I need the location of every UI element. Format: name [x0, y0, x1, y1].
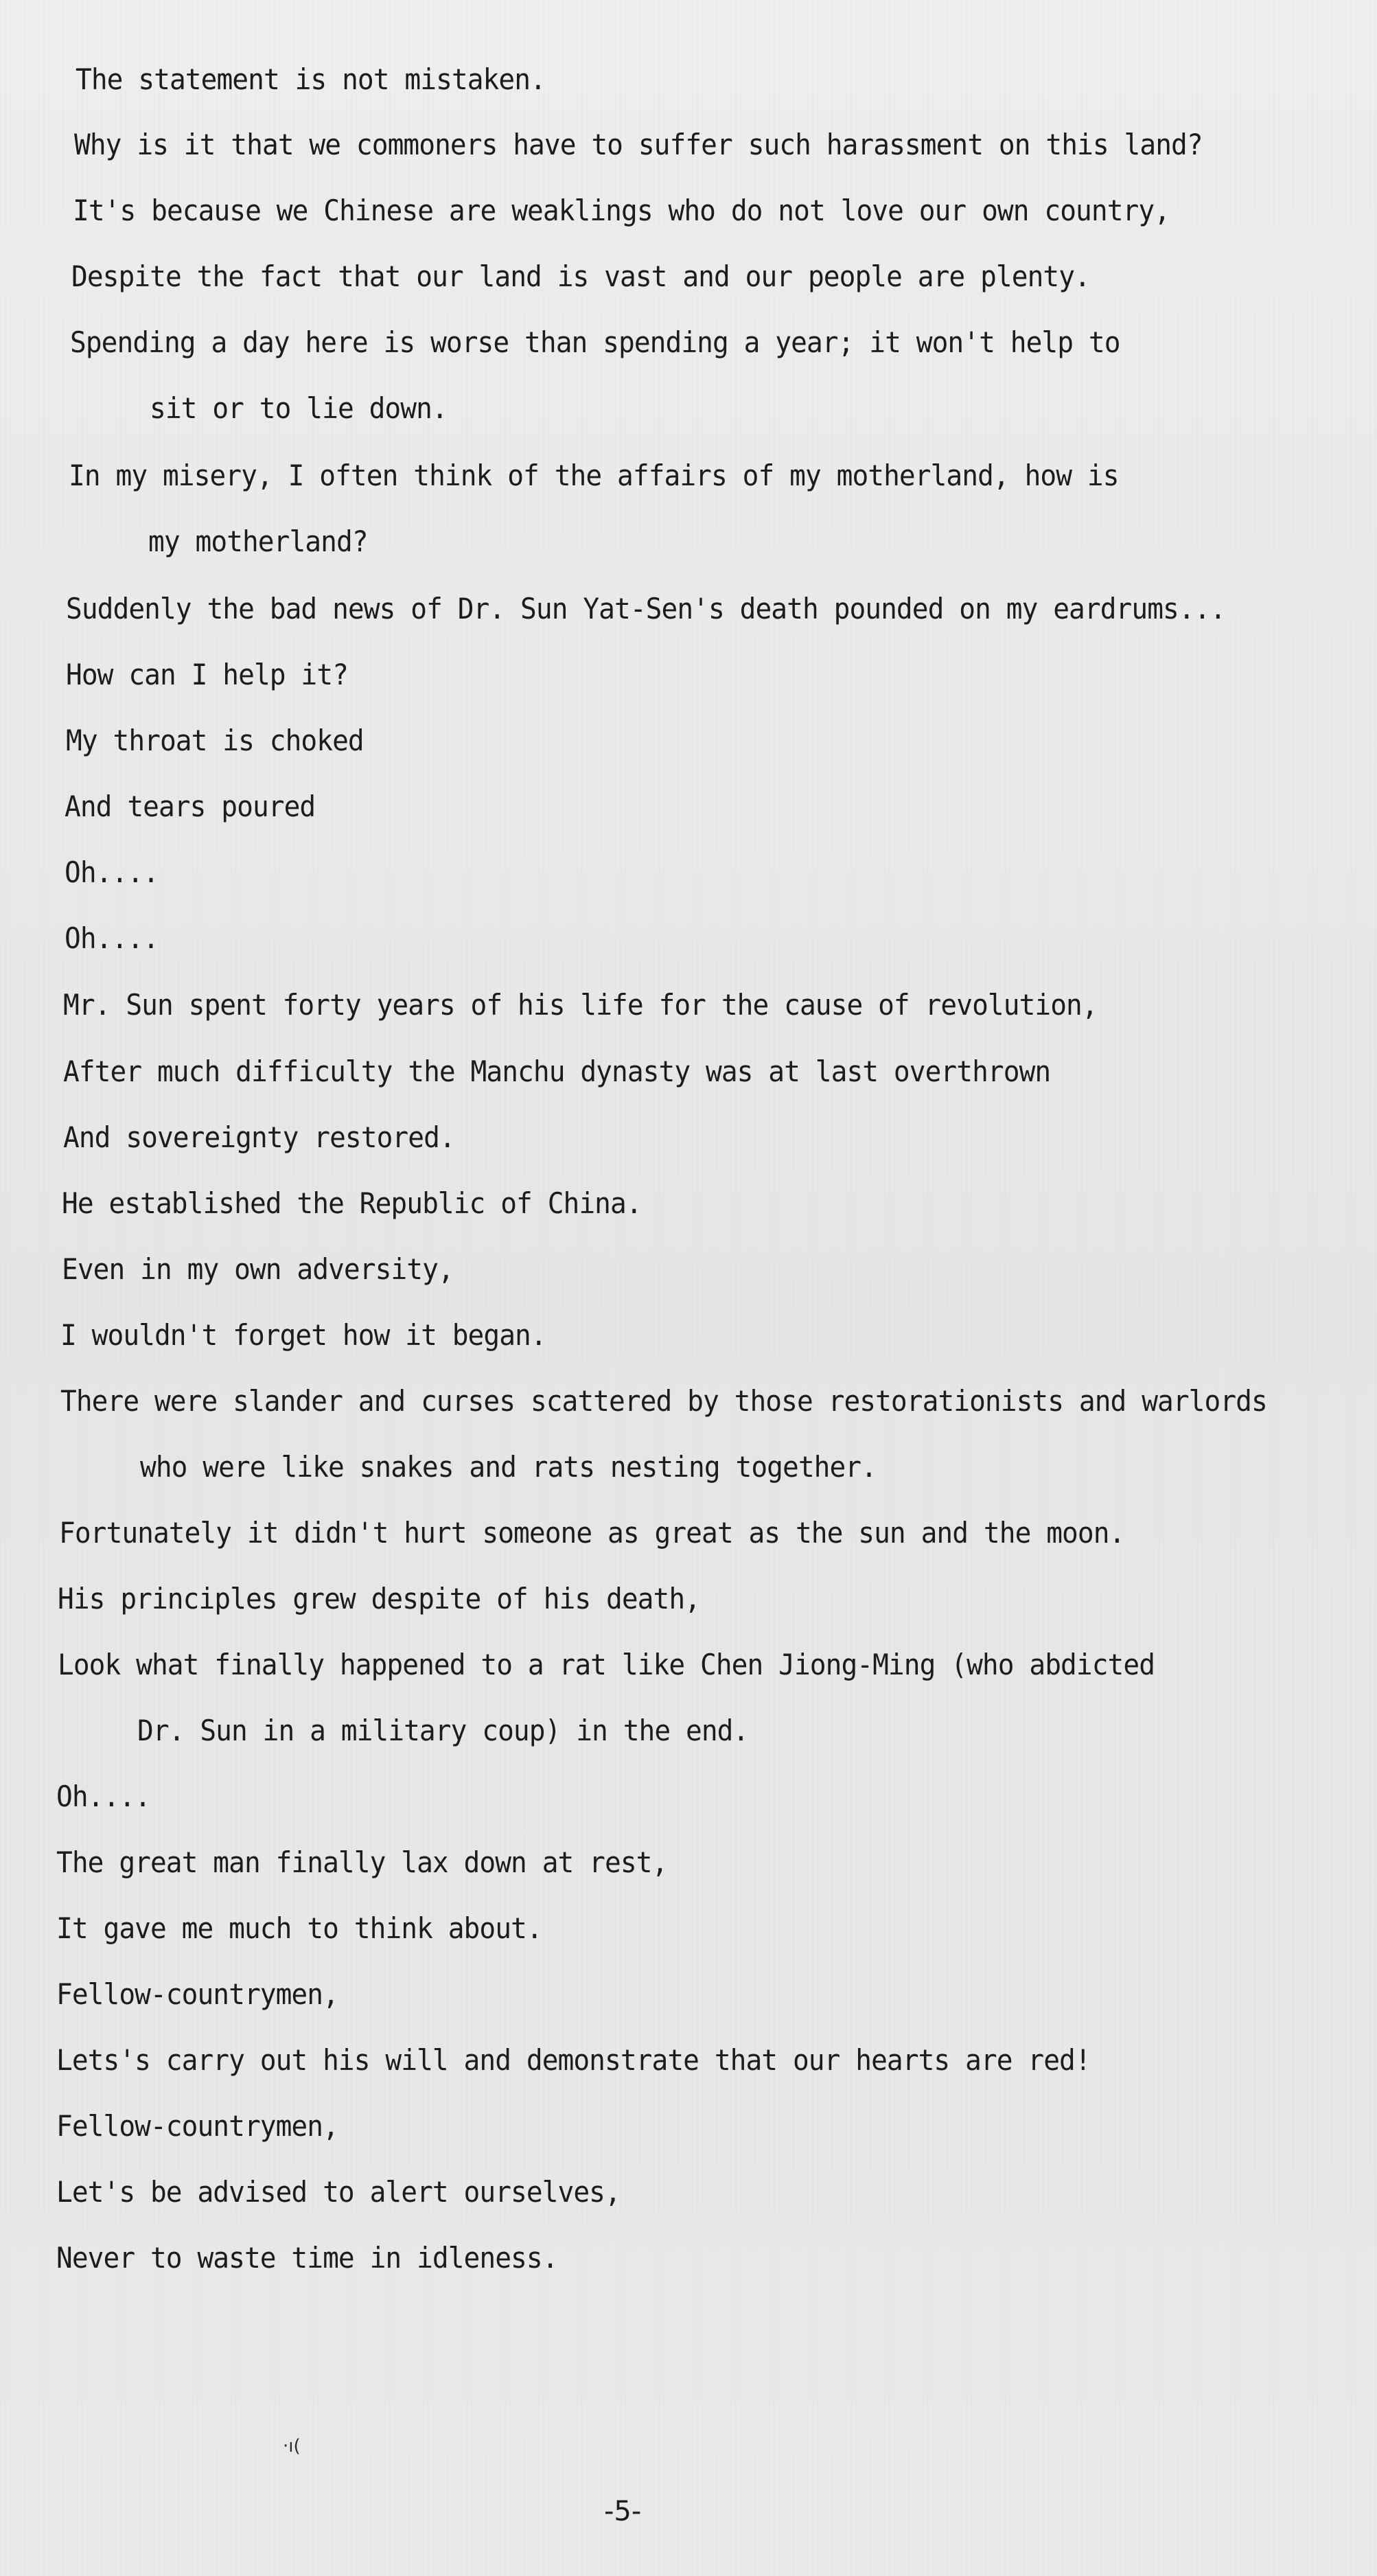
text-line: Fellow-countrymen, [56, 1980, 338, 2009]
text-line: He established the Republic of China. [62, 1189, 642, 1218]
text-line: My throat is choked [66, 726, 364, 755]
text-line: It's because we Chinese are weaklings wh… [73, 196, 1170, 225]
text-line: How can I help it? [66, 660, 348, 689]
text-line: His principles grew despite of his death… [58, 1585, 700, 1613]
text-line: Spending a day here is worse than spendi… [70, 328, 1120, 357]
text-line: I wouldn't forget how it began. [60, 1321, 546, 1350]
text-line: Despite the fact that our land is vast a… [71, 262, 1090, 291]
text-line: Oh.... [56, 1782, 150, 1811]
text-line-continuation: sit or to lie down. [150, 394, 448, 423]
text-line: In my misery, I often think of the affai… [69, 461, 1119, 490]
text-line: After much difficulty the Manchu dynasty… [63, 1057, 1050, 1086]
text-line: Suddenly the bad news of Dr. Sun Yat-Sen… [66, 595, 1225, 623]
text-line: The great man finally lax down at rest, [56, 1848, 667, 1877]
text-line: Why is it that we commoners have to suff… [74, 130, 1203, 159]
text-line: Let's be advised to alert ourselves, [56, 2178, 621, 2207]
text-line: Mr. Sun spent forty years of his life fo… [63, 991, 1098, 1020]
text-line: Fortunately it didn't hurt someone as gr… [59, 1519, 1124, 1548]
text-line: It gave me much to think about. [56, 1914, 542, 1943]
text-line: And tears poured [65, 792, 315, 821]
stray-typewriter-mark: ·ı( [283, 2436, 301, 2457]
text-line-continuation: Dr. Sun in a military coup) in the end. [137, 1716, 748, 1745]
text-line-continuation: who were like snakes and rats nesting to… [140, 1453, 877, 1482]
text-line: Never to waste time in idleness. [56, 2244, 558, 2273]
text-line-continuation: my motherland? [148, 527, 368, 556]
text-line: Oh.... [65, 858, 159, 887]
text-line: There were slander and curses scattered … [60, 1387, 1267, 1416]
text-line: Oh.... [65, 924, 159, 953]
text-line: Even in my own adversity, [62, 1255, 454, 1284]
document-page: The statement is not mistaken.Why is it … [0, 0, 1377, 2576]
text-line: The statement is not mistaken. [76, 65, 546, 94]
page-number: -5- [604, 2496, 641, 2527]
text-line: Fellow-countrymen, [56, 2112, 338, 2141]
text-line: Look what finally happened to a rat like… [58, 1651, 1155, 1679]
text-line: Lets's carry out his will and demonstrat… [56, 2046, 1091, 2075]
text-line: And sovereignty restored. [63, 1123, 455, 1152]
